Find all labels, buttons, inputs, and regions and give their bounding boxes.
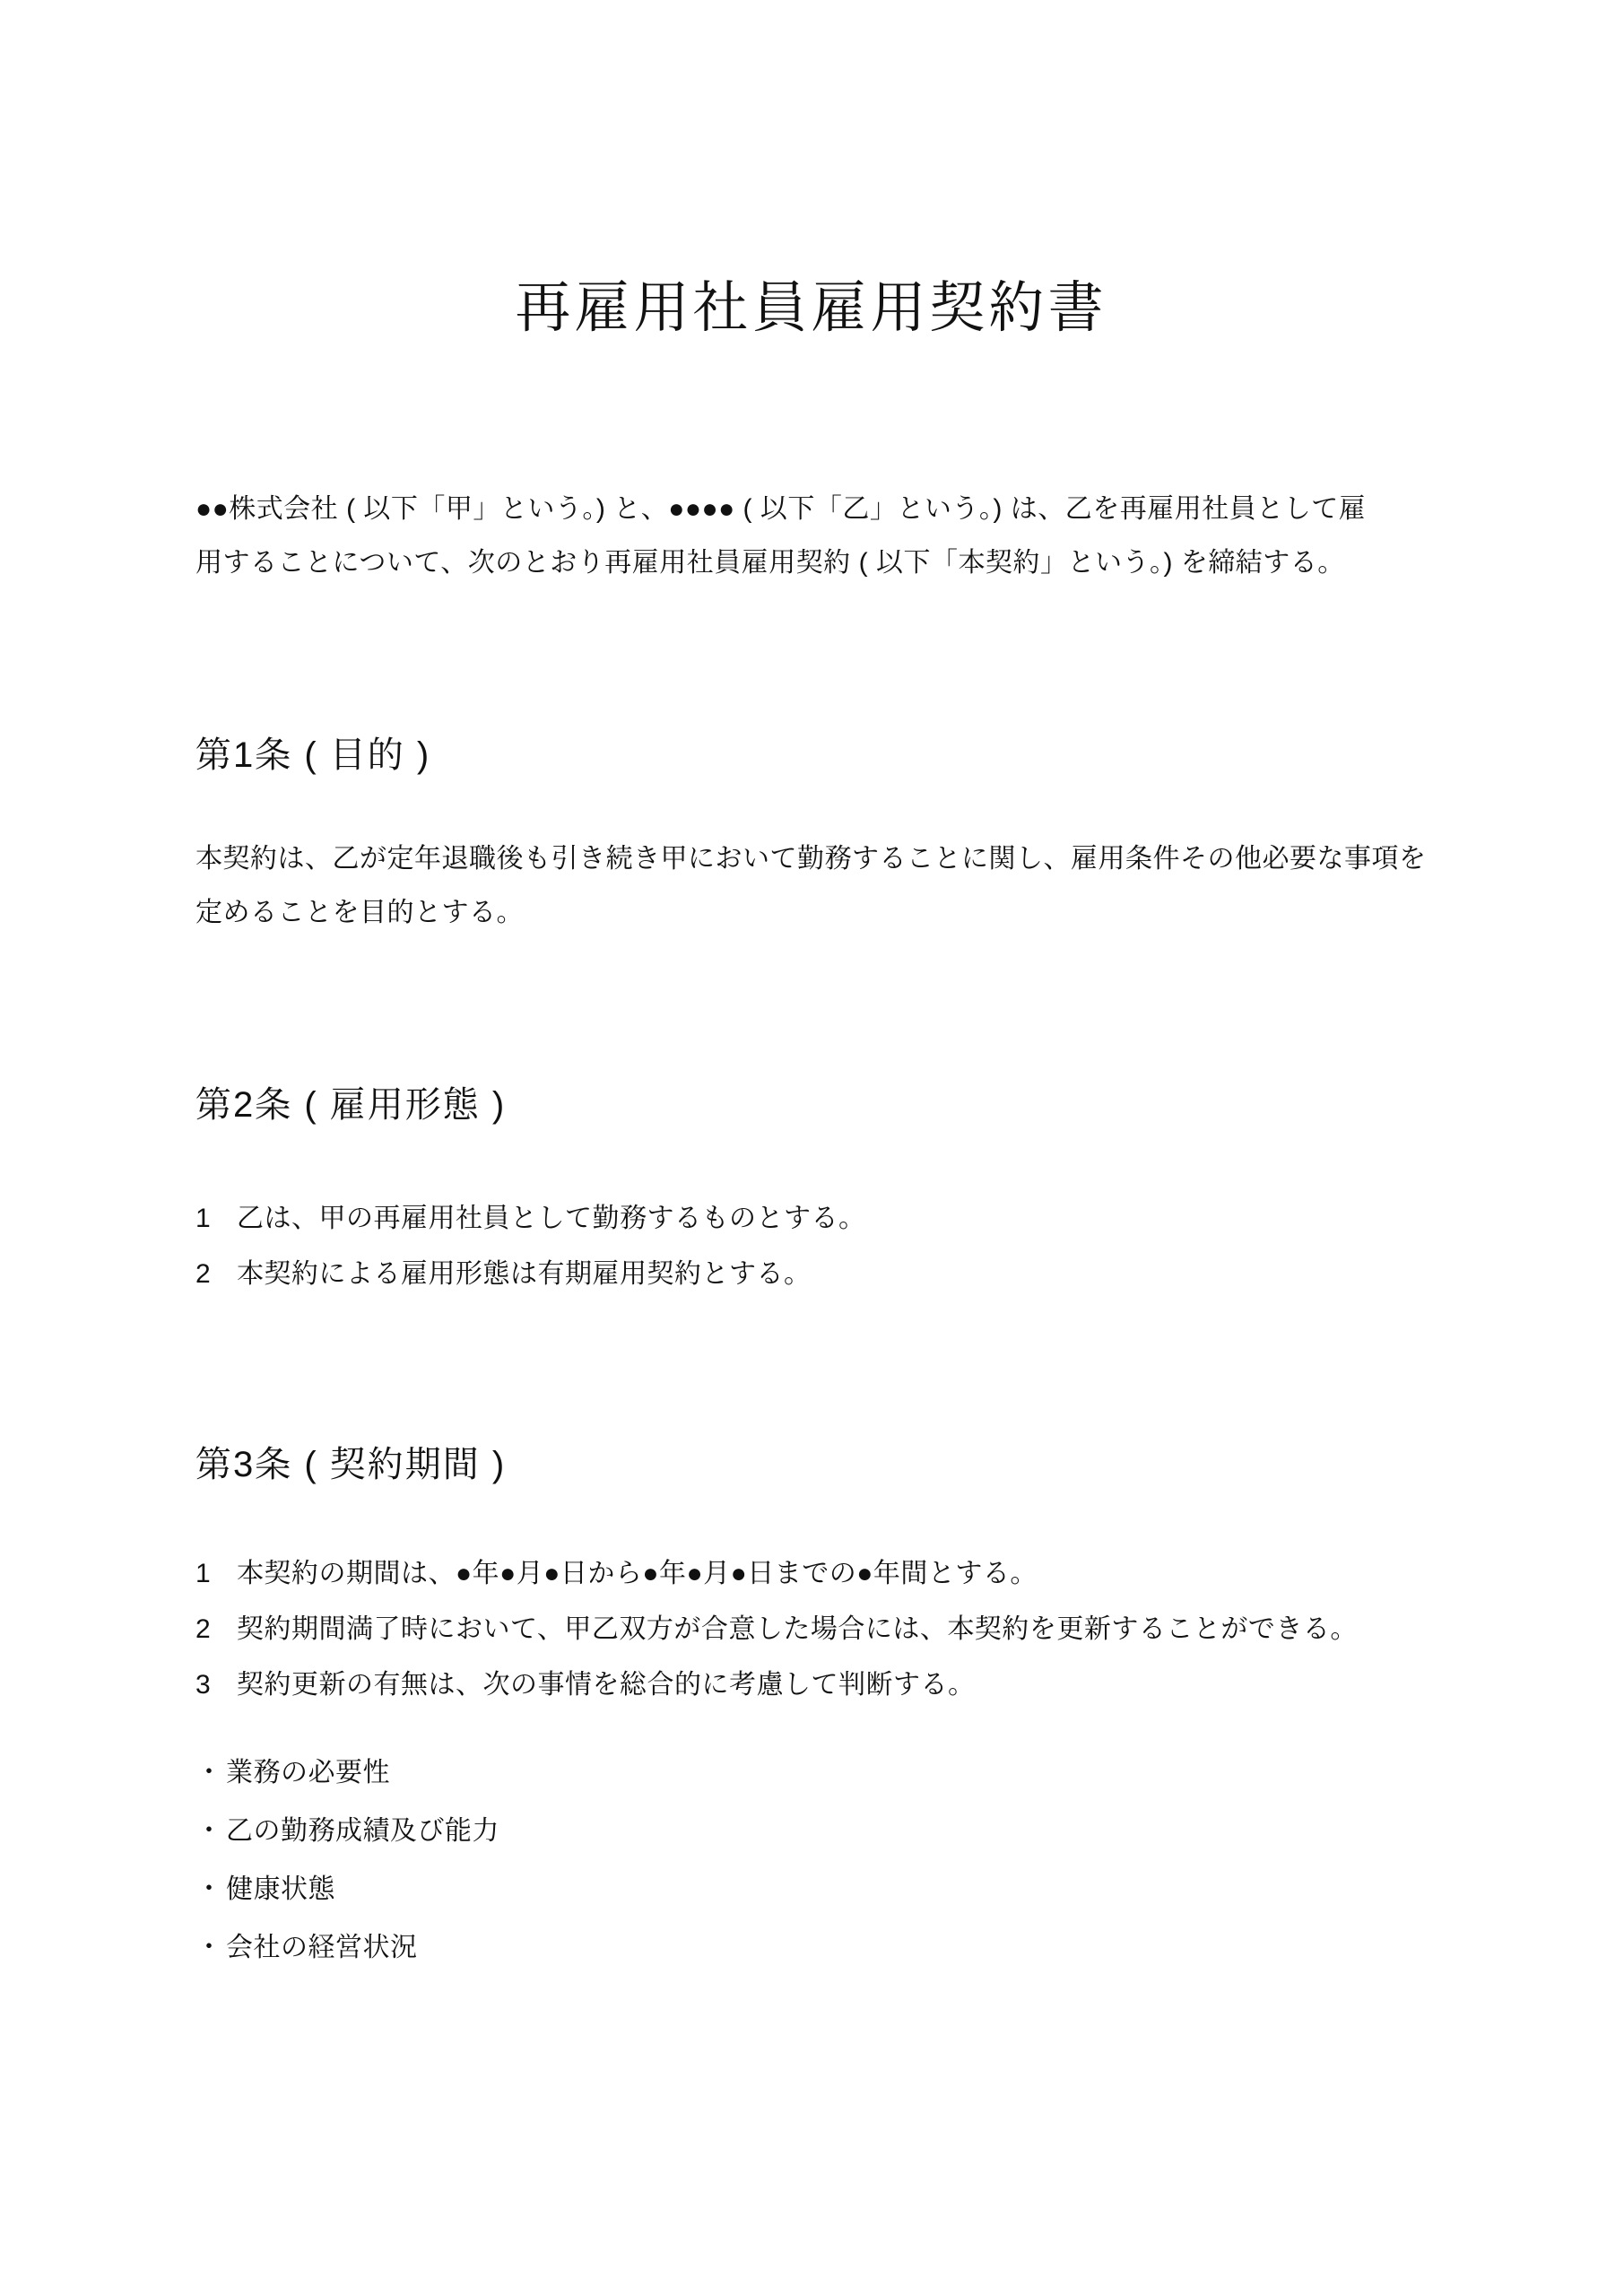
article-section-3: 第3条 ( 契約期間 ) 1 本契約の期間は、●年●月●日から●年●月●日までの… (195, 1441, 1427, 1977)
bullet-marker: ・ (195, 1860, 226, 1918)
item-number: 1 (195, 1546, 237, 1602)
preamble-paragraph: ●●株式会社 ( 以下「甲」という。) と、●●●● ( 以下「乙」という。) … (195, 483, 1427, 590)
bullet-item: ・ 業務の必要性 (195, 1744, 1427, 1802)
article-1-body: 本契約は、乙が定年退職後も引き続き甲において勤務することに関し、雇用条件その他必… (195, 832, 1427, 940)
article-3-item-list: 1 本契約の期間は、●年●月●日から●年●月●日までの●年間とする。 2 契約期… (195, 1546, 1427, 1713)
item-text: 本契約の期間は、●年●月●日から●年●月●日までの●年間とする。 (237, 1546, 1427, 1602)
numbered-item: 2 契約期間満了時において、甲乙双方が合意した場合には、本契約を更新することがで… (195, 1602, 1427, 1657)
numbered-item: 2 本契約による雇用形態は有期雇用契約とする。 (195, 1247, 1427, 1302)
document-page: 再雇用社員雇用契約書 ●●株式会社 ( 以下「甲」という。) と、●●●● ( … (0, 0, 1624, 2296)
item-number: 1 (195, 1191, 237, 1247)
document-title: 再雇用社員雇用契約書 (195, 0, 1427, 339)
item-text: 契約更新の有無は、次の事情を総合的に考慮して判断する。 (237, 1657, 1427, 1713)
article-3-heading: 第3条 ( 契約期間 ) (195, 1441, 1427, 1488)
item-number: 2 (195, 1247, 237, 1302)
renewal-criteria-bullet-list: ・ 業務の必要性 ・ 乙の勤務成績及び能力 ・ 健康状態 ・ 会社の経営状況 (195, 1744, 1427, 1977)
bullet-marker: ・ (195, 1744, 226, 1802)
bullet-marker: ・ (195, 1918, 226, 1977)
item-number: 2 (195, 1602, 237, 1657)
bullet-marker: ・ (195, 1802, 226, 1860)
bullet-item: ・ 健康状態 (195, 1860, 1427, 1918)
bullet-item: ・ 会社の経営状況 (195, 1918, 1427, 1977)
bullet-item: ・ 乙の勤務成績及び能力 (195, 1802, 1427, 1860)
item-text: 契約期間満了時において、甲乙双方が合意した場合には、本契約を更新することができる… (237, 1602, 1427, 1657)
bullet-text: 会社の経営状況 (226, 1918, 1427, 1977)
article-section-1: 第1条 ( 目的 ) 本契約は、乙が定年退職後も引き続き甲において勤務することに… (195, 732, 1427, 940)
numbered-item: 1 本契約の期間は、●年●月●日から●年●月●日までの●年間とする。 (195, 1546, 1427, 1602)
article-1-heading: 第1条 ( 目的 ) (195, 732, 1427, 778)
item-number: 3 (195, 1657, 237, 1713)
item-text: 本契約による雇用形態は有期雇用契約とする。 (237, 1247, 1427, 1302)
numbered-item: 3 契約更新の有無は、次の事情を総合的に考慮して判断する。 (195, 1657, 1427, 1713)
bullet-text: 業務の必要性 (226, 1744, 1427, 1802)
article-2-heading: 第2条 ( 雇用形態 ) (195, 1082, 1427, 1128)
numbered-item: 1 乙は、甲の再雇用社員として勤務するものとする。 (195, 1191, 1427, 1247)
bullet-text: 健康状態 (226, 1860, 1427, 1918)
item-text: 乙は、甲の再雇用社員として勤務するものとする。 (237, 1191, 1427, 1247)
bullet-text: 乙の勤務成績及び能力 (226, 1802, 1427, 1860)
article-2-item-list: 1 乙は、甲の再雇用社員として勤務するものとする。 2 本契約による雇用形態は有… (195, 1191, 1427, 1302)
article-section-2: 第2条 ( 雇用形態 ) 1 乙は、甲の再雇用社員として勤務するものとする。 2… (195, 1082, 1427, 1302)
